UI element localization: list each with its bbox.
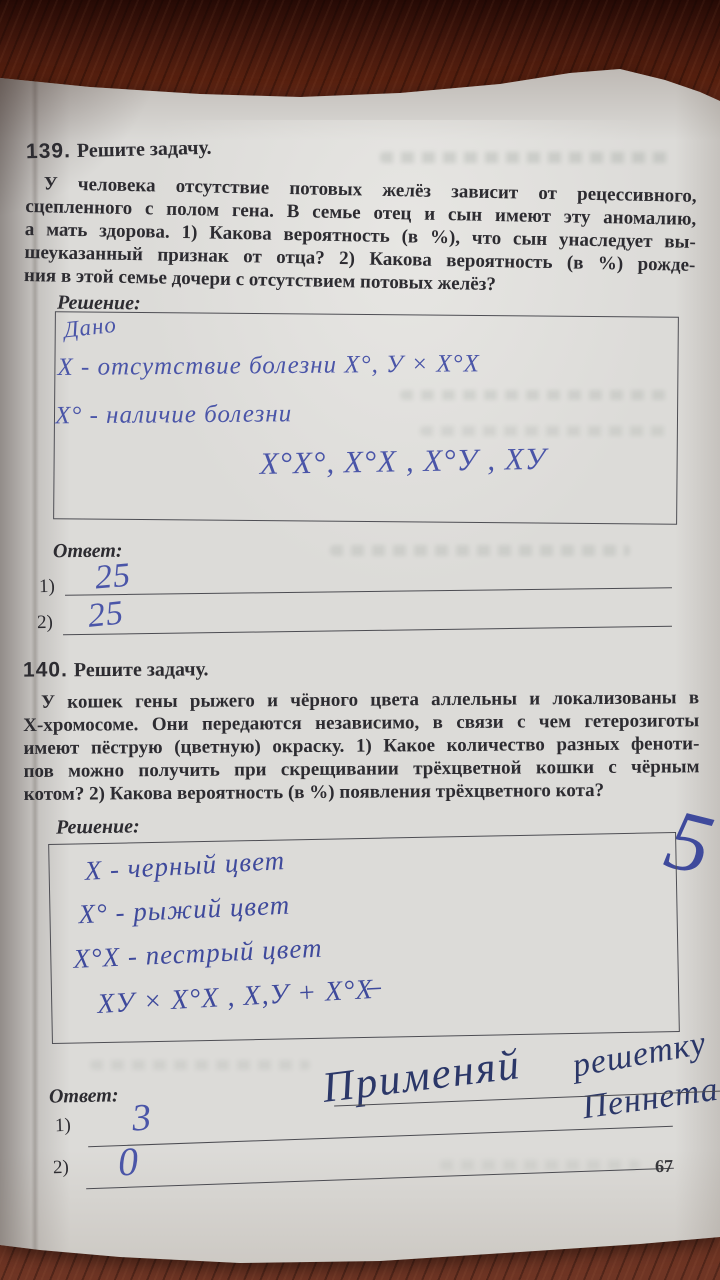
task-140-answer-label: Ответ: — [49, 1084, 119, 1108]
notebook-page: 139.Решите задачу. У человека отсутствие… — [0, 0, 720, 1280]
task-140-number: 140. — [23, 658, 68, 681]
task-139-answer-1-num: 1) — [39, 576, 55, 598]
task-139-heading: 139.Решите задачу. — [26, 136, 212, 165]
task-139-number: 139. — [26, 139, 71, 163]
paper-wrapper: 139.Решите задачу. У человека отсутствие… — [0, 0, 720, 1280]
task-140-answer-2-num: 2) — [53, 1157, 69, 1179]
show-through-text — [440, 1160, 640, 1170]
task-139-title: Решите задачу. — [77, 137, 212, 162]
hw-139-line1: Х - отсутствие болезни Х°, У × Х°Х — [57, 350, 480, 382]
answer-line — [86, 1168, 674, 1190]
task-140-answer-1-num: 1) — [55, 1115, 71, 1137]
show-through-text — [380, 152, 670, 163]
task-140-solution-box: Х - черный цвет Х° - рыжий цвет Х°Х - пе… — [48, 832, 680, 1044]
task-139-solution-box: Дано Х - отсутствие болезни Х°, У × Х°Х … — [53, 311, 679, 524]
task-140-text: У кошек гены рыжего и чёрного цвета алле… — [23, 686, 700, 806]
hw-139-line2: Х° - наличие болезни — [55, 400, 292, 430]
answer-line — [88, 1126, 673, 1147]
hw-140-line3: Х°Х - пестрый цвет — [73, 933, 323, 975]
hw-140-line4: ХУ × Х°Х , Х,У + Х°Х̶ — [96, 974, 374, 1021]
hw-139-line3: Х°Х°, Х°Х , Х°У , ХУ — [259, 441, 547, 482]
task-140-text-line: котом? 2) Какова вероятность (в %) появл… — [24, 778, 700, 806]
hw-140-line1: Х - черный цвет — [84, 845, 286, 887]
page-number: 67 — [655, 1156, 673, 1177]
show-through-text — [90, 1060, 310, 1070]
task-140-title: Решите задачу. — [74, 658, 209, 681]
task-139-text: У человека отсутствие потовых желёз зави… — [24, 172, 697, 300]
photo-of-workbook-page: 139.Решите задачу. У человека отсутствие… — [0, 0, 720, 1280]
hw-140-answer-1: 3 — [130, 1095, 153, 1140]
answer-line — [63, 626, 672, 636]
show-through-text — [330, 545, 630, 556]
task-140-heading: 140.Решите задачу. — [23, 657, 209, 682]
hw-140-answer-2: 0 — [117, 1137, 140, 1185]
task-139-answer-2-num: 2) — [37, 612, 53, 634]
task-140-solution-label: Решение: — [56, 815, 140, 839]
hw-139-given: Дано — [62, 312, 118, 344]
hw-140-line2: Х° - рыжий цвет — [78, 890, 291, 931]
hw-139-answer-2: 25 — [86, 594, 126, 636]
hw-139-answer-1: 25 — [93, 557, 132, 598]
answer-line — [65, 587, 672, 595]
